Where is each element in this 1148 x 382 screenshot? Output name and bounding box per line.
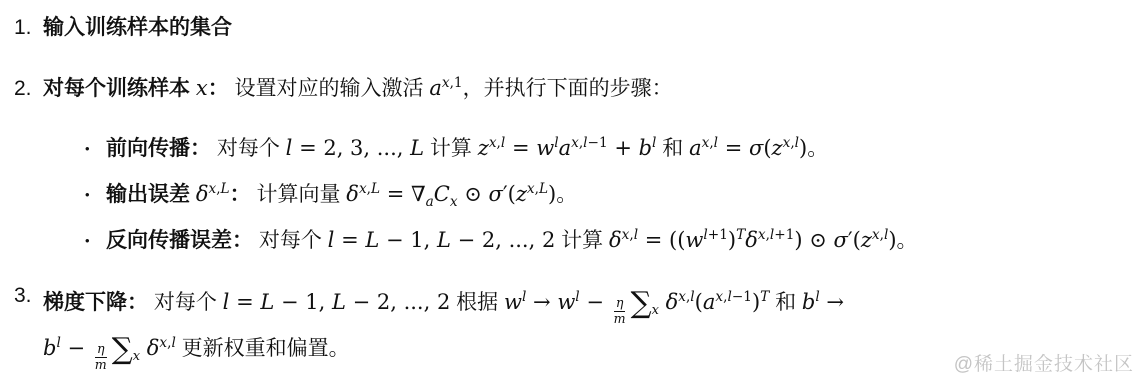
- text-run: 更新权重和偏置。: [176, 337, 350, 360]
- math-run: δx,L: [196, 182, 230, 206]
- list-number-3: 3.: [14, 280, 43, 311]
- bold-text-run: 对每个训练样本: [43, 77, 196, 100]
- document-body: 1. 输入训练样本的集合 2. 对每个训练样本 x： 设置对应的输入激活 ax,…: [0, 0, 1148, 372]
- text-run: 设置对应的输入激活: [229, 77, 430, 100]
- text-run: ，并执行下面的步骤：: [463, 77, 673, 100]
- bold-text-run: 反向传播误差：: [106, 229, 253, 252]
- list-item-2-content: 对每个训练样本 x： 设置对应的输入激活 ax,1，并执行下面的步骤：: [43, 73, 1138, 104]
- bullet-item-forward-pass: • 前向传播： 对每个 l = 2, 3, ..., L 计算 zx,l = w…: [85, 133, 1138, 164]
- text-run: 计算向量: [251, 183, 347, 206]
- math-run: δx,L = ∇aCx ⊙ σ′(zx,L): [346, 182, 556, 206]
- math-run: l = L − 1, L − 2, ..., 2: [328, 228, 556, 252]
- bold-text-run: ：: [230, 183, 251, 206]
- math-run: δx,l: [140, 336, 176, 360]
- bold-text-run: ：: [208, 77, 229, 100]
- summation: ∑x: [631, 290, 659, 314]
- text-run: 。: [897, 229, 918, 252]
- math-run: ax,1: [429, 76, 462, 100]
- list-number-1: 1.: [14, 12, 43, 43]
- list-item-2: 2. 对每个训练样本 x： 设置对应的输入激活 ax,1，并执行下面的步骤：: [14, 73, 1138, 104]
- math-run: l = 2, 3, ..., L: [286, 136, 424, 160]
- bullet-icon: •: [85, 225, 106, 256]
- text-run: 对每个: [148, 291, 223, 314]
- text-run: 根据: [450, 291, 504, 314]
- math-run: δx,l(ax,l−1)T: [659, 290, 769, 314]
- watermark: @稀土掘金技术社区: [954, 349, 1134, 376]
- fraction: ηm: [93, 342, 109, 372]
- bullet-backprop-error-content: 反向传播误差： 对每个 l = L − 1, L − 2, ..., 2 计算 …: [106, 225, 1138, 256]
- bullet-icon: •: [85, 179, 106, 210]
- list-number-2: 2.: [14, 73, 43, 104]
- bullet-forward-pass-content: 前向传播： 对每个 l = 2, 3, ..., L 计算 zx,l = wla…: [106, 133, 1138, 164]
- math-run: wl → wl −: [504, 290, 611, 314]
- math-run: δx,l = ((wl+1)Tδx,l+1) ⊙ σ′(zx,l): [609, 228, 897, 252]
- text-run: 。: [556, 183, 577, 206]
- math-run: x: [196, 76, 208, 100]
- bullet-item-backprop-error: • 反向传播误差： 对每个 l = L − 1, L − 2, ..., 2 计…: [85, 225, 1138, 256]
- text-run: 对每个: [211, 137, 286, 160]
- math-run: zx,l = wlax,l−1 + bl: [478, 136, 657, 160]
- bullet-icon: •: [85, 133, 106, 164]
- math-run: l = L − 1, L − 2, ..., 2: [223, 290, 451, 314]
- text-run: 和: [769, 291, 802, 314]
- math-run: bl −: [43, 336, 92, 360]
- bold-text-run: 输出误差: [106, 183, 196, 206]
- bullet-output-error-content: 输出误差 δx,L： 计算向量 δx,L = ∇aCx ⊙ σ′(zx,L)。: [106, 179, 1138, 210]
- list-item-1-content: 输入训练样本的集合: [43, 12, 1138, 43]
- text-run: 对每个: [253, 229, 328, 252]
- math-run: ax,l = σ(zx,l): [689, 136, 807, 160]
- fraction: ηm: [612, 296, 628, 326]
- bullet-list: • 前向传播： 对每个 l = 2, 3, ..., L 计算 zx,l = w…: [85, 133, 1138, 256]
- bold-text-run: 梯度下降：: [43, 291, 148, 314]
- text-run: 。: [807, 137, 828, 160]
- text-run: 计算: [424, 137, 478, 160]
- math-run: bl →: [802, 290, 844, 314]
- bold-text-run: 前向传播：: [106, 137, 211, 160]
- bullet-item-output-error: • 输出误差 δx,L： 计算向量 δx,L = ∇aCx ⊙ σ′(zx,L)…: [85, 179, 1138, 210]
- text-run: 和: [656, 137, 689, 160]
- bold-text-run: 输入训练样本的集合: [43, 16, 232, 39]
- list-item-1: 1. 输入训练样本的集合: [14, 12, 1138, 43]
- text-run: 计算: [555, 229, 609, 252]
- summation: ∑x: [112, 336, 140, 360]
